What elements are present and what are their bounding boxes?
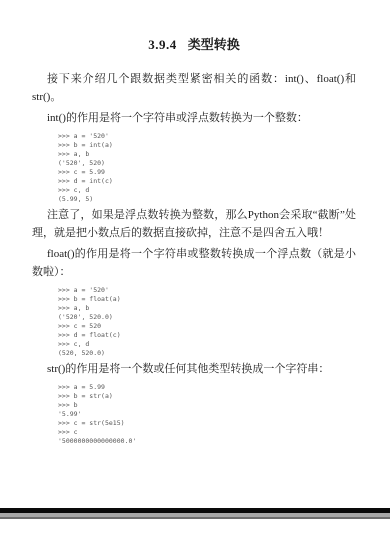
code-block-float-example: >>> a = '520' >>> b = float(a) >>> a, b … [58,286,356,358]
footer-dark-line [0,517,390,519]
section-title-text: 类型转换 [188,37,240,52]
page-title: 3.9.4类型转换 [32,37,356,53]
paragraph-float-desc: float()的作用是将一个字符串或整数转换成一个浮点数（就是小数啦）： [32,245,356,281]
paragraph-note: 注意了，如果是浮点数转换为整数，那么Python会采取“截断”处理，就是把小数点… [32,206,356,242]
paragraph-str-desc: str()的作用是将一个数或任何其他类型转换成一个字符串： [32,360,356,378]
paragraph-intro: 接下来介绍几个跟数据类型紧密相关的函数：int()、float()和str()。 [32,70,356,106]
code-block-str-example: >>> a = 5.99 >>> b = str(a) >>> b '5.99'… [58,383,356,446]
code-block-int-example: >>> a = '520' >>> b = int(a) >>> a, b ('… [58,132,356,204]
paragraph-int-desc: int()的作用是将一个字符串或浮点数转换为一个整数： [32,109,356,127]
book-page: 3.9.4类型转换 接下来介绍几个跟数据类型紧密相关的函数：int()、floa… [0,0,390,546]
section-number: 3.9.4 [148,37,177,52]
